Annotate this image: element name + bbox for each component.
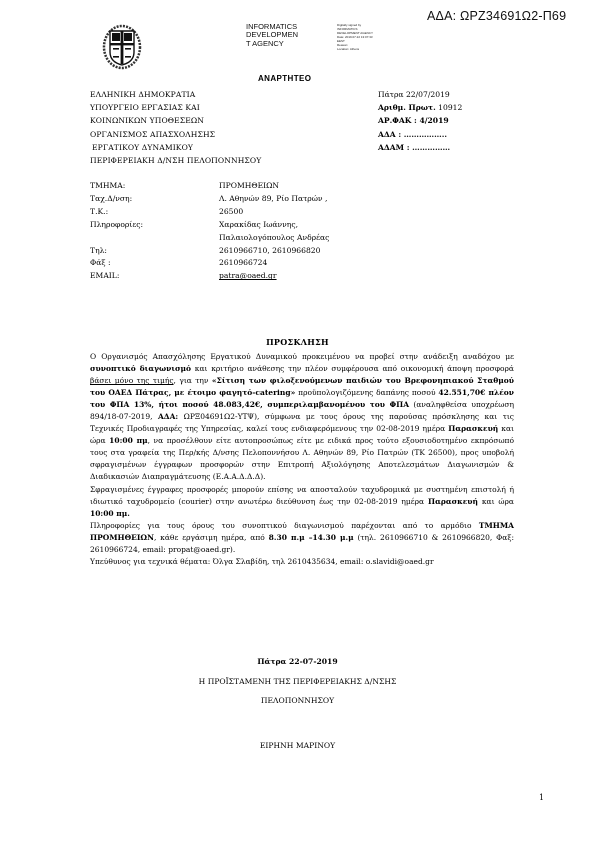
email-link[interactable]: patra@oaed.gr (219, 271, 277, 280)
authority-line: ΕΡΓΑΤΙΚΟΥ ΔΥΝΑΜΙΚΟΥ (90, 141, 261, 154)
document-title: ΠΡΟΣΚΛΗΣΗ (0, 337, 595, 347)
authority-line: ΕΛΛΗΝΙΚΗ ΔΗΜΟΚΡΑΤΙΑ (90, 88, 261, 101)
coat-of-arms-icon (102, 24, 142, 70)
paragraph-invitation: Ο Οργανισμός Απασχόλησης Εργατικού Δυναμ… (90, 351, 514, 484)
place-date: Πάτρα 22/07/2019 (378, 88, 462, 101)
authority-line: ΟΡΓΑΝΙΣΜΟΣ ΑΠΑΣΧΟΛΗΣΗΣ (90, 128, 261, 141)
contact-row-info-cont: Παλαιολογόπουλος Ανδρέας (90, 232, 329, 245)
authority-line: ΚΟΙΝΩΝΙΚΩΝ ΥΠΟΘΕΣΕΩΝ (90, 114, 261, 127)
paragraph-technical-contact: Υπεύθυνος για τεχνικά θέματα: Όλγα Σλαβί… (90, 556, 514, 568)
authority-line: ΠΕΡΙΦΕΡΕΙΑΚΗ Δ/ΝΣΗ ΠΕΛΟΠΟΝΝΗΣΟΥ (90, 154, 261, 167)
contact-row-fax: Φάξ :2610966724 (90, 257, 329, 270)
closing-place-date: Πάτρα 22-07-2019 (0, 652, 595, 672)
file-number: ΑΡ.ΦΑΚ : 4/2019 (378, 114, 462, 127)
signatory-role: Η ΠΡΟΪΣΤΑΜΕΝΗ ΤΗΣ ΠΕΡΙΦΕΡΕΙΑΚΗΣ Δ/ΝΣΗΣ (0, 672, 595, 692)
protocol-number: Αριθμ. Πρωτ. 10912 (378, 101, 462, 114)
contact-row-address: Ταχ.Δ/νση:Λ. Αθηνών 89, Ρίο Πατρών , (90, 193, 329, 206)
contact-info: ΤΜΗΜΑ:ΠΡΟΜΗΘΕΙΩΝ Ταχ.Δ/νση:Λ. Αθηνών 89,… (90, 180, 329, 283)
issuing-authority: ΕΛΛΗΝΙΚΗ ΔΗΜΟΚΡΑΤΙΑ ΥΠΟΥΡΓΕΙΟ ΕΡΓΑΣΙΑΣ Κ… (90, 88, 261, 167)
contact-row-postcode: Τ.Κ.:26500 (90, 206, 329, 219)
document-reference: Πάτρα 22/07/2019 Αριθμ. Πρωτ. 10912 ΑΡ.Φ… (378, 88, 462, 154)
signatory-role-region: ΠΕΛΟΠΟΝΝΗΣΟΥ (0, 691, 595, 711)
ada-field: ΑΔΑ : …………….. (378, 128, 462, 141)
contact-row-email: EMAIL:patra@oaed.gr (90, 270, 329, 283)
paragraph-postal-submission: Σφραγισμένες έγγραφες προσφορές μπορούν … (90, 484, 514, 520)
invitation-body: Ο Οργανισμός Απασχόλησης Εργατικού Δυναμ… (90, 351, 514, 568)
adam-field: ΑΔΑΜ : …………… (378, 141, 462, 154)
paragraph-information: Πληροφορίες για τους όρους του συνοπτικο… (90, 520, 514, 556)
contact-row-phone: Τηλ:2610966710, 2610966820 (90, 245, 329, 258)
authority-line: ΥΠΟΥΡΓΕΙΟ ΕΡΓΑΣΙΑΣ ΚΑΙ (90, 101, 261, 114)
page-number: 1 (539, 793, 544, 802)
digital-signature-details: Digitally signed by INFORMATICS DEVELOPM… (337, 23, 417, 51)
ada-stamp: ΑΔΑ: ΩΡΖ34691Ω2-Π69 (427, 9, 566, 23)
signatory-name: ΕΙΡΗΝΗ ΜΑΡΙΝΟΥ (0, 741, 595, 750)
contact-row-info: Πληροφορίες:Χαρακίδας Ιωάννης, (90, 219, 329, 232)
closing-block: Πάτρα 22-07-2019 Η ΠΡΟΪΣΤΑΜΕΝΗ ΤΗΣ ΠΕΡΙΦ… (0, 652, 595, 711)
posting-notice-label: ΑΝΑΡΤΗΤΕΟ (258, 74, 311, 83)
contact-row-department: ΤΜΗΜΑ:ΠΡΟΜΗΘΕΙΩΝ (90, 180, 329, 193)
digital-signature-org: INFORMATICS DEVELOPMEN T AGENCY (246, 23, 298, 48)
